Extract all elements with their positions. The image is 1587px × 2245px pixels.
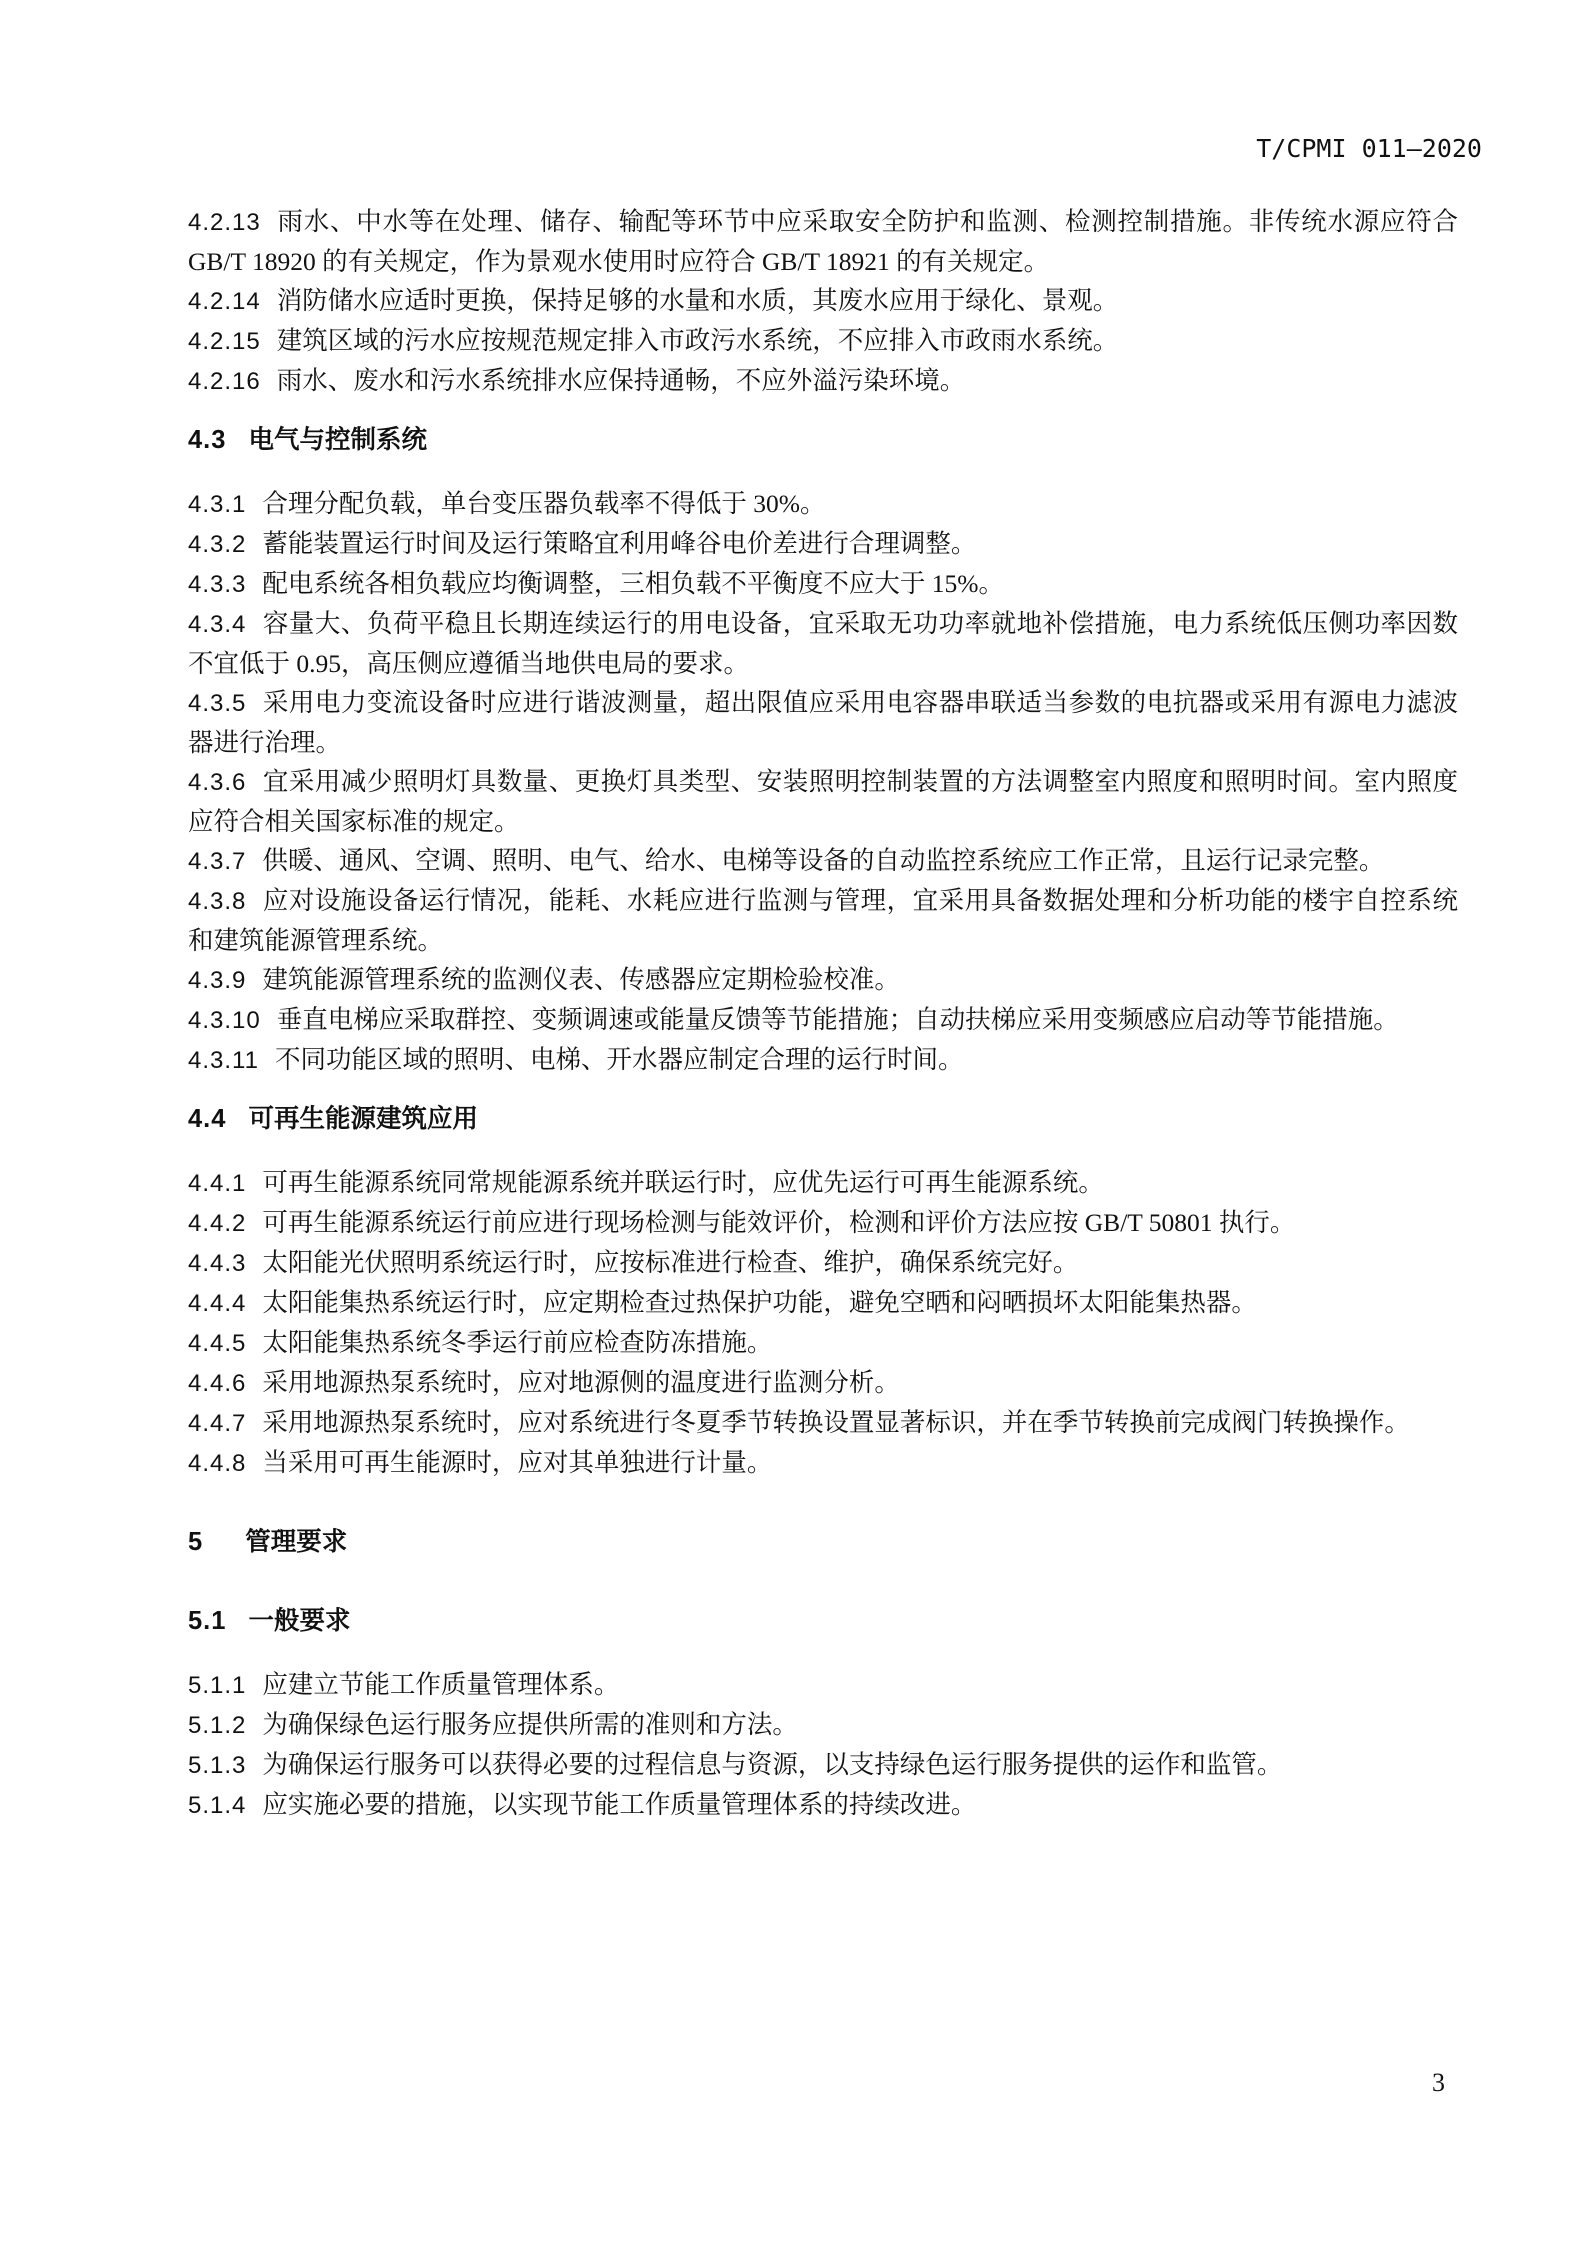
- clause-number: 4.4.8: [188, 1450, 246, 1477]
- clause-text: 建筑区域的污水应按规范规定排入市政污水系统，不应排入市政雨水系统。: [277, 326, 1119, 355]
- section-heading-4-4: 4.4可再生能源建筑应用: [188, 1100, 1458, 1139]
- clause-4-4-8: 4.4.8当采用可再生能源时，应对其单独进行计量。: [188, 1443, 1458, 1483]
- clause-text: 应建立节能工作质量管理体系。: [262, 1670, 619, 1699]
- clause-4-4-6: 4.4.6采用地源热泵系统时，应对地源侧的温度进行监测分析。: [188, 1363, 1458, 1403]
- clause-text: 容量大、负荷平稳且长期连续运行的用电设备，宜采取无功功率就地补偿措施，电力系统低…: [188, 609, 1458, 678]
- clause-number: 4.3.3: [188, 571, 246, 598]
- chapter-heading-5: 5管理要求: [188, 1523, 1458, 1562]
- document-code-header: T/CPMI 011—2020: [1256, 134, 1482, 163]
- clause-number: 4.4.3: [188, 1250, 246, 1277]
- clause-number: 4.3.7: [188, 848, 246, 875]
- clause-4-2-14: 4.2.14消防储水应适时更换，保持足够的水量和水质，其废水应用于绿化、景观。: [188, 281, 1458, 321]
- clause-number: 4.3.9: [188, 967, 246, 994]
- clause-number: 4.4.2: [188, 1210, 246, 1237]
- clause-number: 4.3.4: [188, 611, 246, 638]
- clause-4-3-5: 4.3.5采用电力变流设备时应进行谐波测量，超出限值应采用电容器串联适当参数的电…: [188, 683, 1458, 762]
- section-heading-4-3: 4.3电气与控制系统: [188, 421, 1458, 460]
- clause-number: 5.1.4: [188, 1792, 246, 1819]
- clause-text: 太阳能集热系统运行时，应定期检查过热保护功能，避免空晒和闷晒损坏太阳能集热器。: [262, 1288, 1257, 1317]
- document-page: T/CPMI 011—2020 4.2.13雨水、中水等在处理、储存、输配等环节…: [0, 0, 1587, 2245]
- clause-4-3-4: 4.3.4容量大、负荷平稳且长期连续运行的用电设备，宜采取无功功率就地补偿措施，…: [188, 604, 1458, 683]
- page-number: 3: [1432, 2068, 1445, 2098]
- clause-text: 可再生能源系统同常规能源系统并联运行时，应优先运行可再生能源系统。: [262, 1168, 1104, 1197]
- clause-number: 4.3.2: [188, 531, 246, 558]
- clause-text: 建筑能源管理系统的监测仪表、传感器应定期检验校准。: [262, 965, 900, 994]
- clause-4-4-3: 4.4.3太阳能光伏照明系统运行时，应按标准进行检查、维护，确保系统完好。: [188, 1243, 1458, 1283]
- clause-number: 4.4.1: [188, 1170, 246, 1197]
- clause-text: 采用地源热泵系统时，应对地源侧的温度进行监测分析。: [262, 1368, 900, 1397]
- clause-4-4-4: 4.4.4太阳能集热系统运行时，应定期检查过热保护功能，避免空晒和闷晒损坏太阳能…: [188, 1283, 1458, 1323]
- clause-text: 采用电力变流设备时应进行谐波测量，超出限值应采用电容器串联适当参数的电抗器或采用…: [188, 688, 1458, 757]
- clause-number: 5.1.2: [188, 1712, 246, 1739]
- clause-text: 配电系统各相负载应均衡调整，三相负载不平衡度不应大于 15%。: [262, 569, 1004, 598]
- clause-number: 4.3.1: [188, 491, 246, 518]
- document-body: 4.2.13雨水、中水等在处理、储存、输配等环节中应采取安全防护和监测、检测控制…: [188, 202, 1458, 1825]
- clause-text: 为确保运行服务可以获得必要的过程信息与资源，以支持绿色运行服务提供的运作和监管。: [262, 1750, 1282, 1779]
- clause-4-3-8: 4.3.8应对设施设备运行情况，能耗、水耗应进行监测与管理，宜采用具备数据处理和…: [188, 881, 1458, 960]
- clause-text: 为确保绿色运行服务应提供所需的准则和方法。: [262, 1710, 798, 1739]
- clause-text: 合理分配负载，单台变压器负载率不得低于 30%。: [262, 489, 825, 518]
- clause-4-4-2: 4.4.2可再生能源系统运行前应进行现场检测与能效评价，检测和评价方法应按 GB…: [188, 1203, 1458, 1243]
- clause-4-3-9: 4.3.9建筑能源管理系统的监测仪表、传感器应定期检验校准。: [188, 960, 1458, 1000]
- clause-number: 4.2.16: [188, 368, 261, 395]
- clause-4-2-15: 4.2.15建筑区域的污水应按规范规定排入市政污水系统，不应排入市政雨水系统。: [188, 321, 1458, 361]
- heading-number: 4.3: [188, 426, 226, 454]
- clause-text: 雨水、废水和污水系统排水应保持通畅，不应外溢污染环境。: [277, 366, 966, 395]
- heading-number: 5: [188, 1528, 203, 1556]
- clause-number: 4.4.5: [188, 1330, 246, 1357]
- clause-text: 应对设施设备运行情况，能耗、水耗应进行监测与管理，宜采用具备数据处理和分析功能的…: [188, 886, 1458, 955]
- clause-4-4-1: 4.4.1可再生能源系统同常规能源系统并联运行时，应优先运行可再生能源系统。: [188, 1163, 1458, 1203]
- clause-4-3-3: 4.3.3配电系统各相负载应均衡调整，三相负载不平衡度不应大于 15%。: [188, 564, 1458, 604]
- clause-5-1-3: 5.1.3为确保运行服务可以获得必要的过程信息与资源，以支持绿色运行服务提供的运…: [188, 1745, 1458, 1785]
- clause-text: 消防储水应适时更换，保持足够的水量和水质，其废水应用于绿化、景观。: [277, 286, 1119, 315]
- section-heading-5-1: 5.1一般要求: [188, 1602, 1458, 1641]
- clause-text: 太阳能集热系统冬季运行前应检查防冻措施。: [262, 1328, 772, 1357]
- clause-text: 垂直电梯应采取群控、变频调速或能量反馈等节能措施；自动扶梯应采用变频感应启动等节…: [277, 1005, 1399, 1034]
- clause-5-1-2: 5.1.2为确保绿色运行服务应提供所需的准则和方法。: [188, 1705, 1458, 1745]
- clause-text: 雨水、中水等在处理、储存、输配等环节中应采取安全防护和监测、检测控制措施。非传统…: [188, 207, 1458, 276]
- clause-text: 应实施必要的措施，以实现节能工作质量管理体系的持续改进。: [262, 1790, 976, 1819]
- clause-4-2-13: 4.2.13雨水、中水等在处理、储存、输配等环节中应采取安全防护和监测、检测控制…: [188, 202, 1458, 281]
- clause-text: 不同功能区域的照明、电梯、开水器应制定合理的运行时间。: [275, 1045, 964, 1074]
- clause-4-4-5: 4.4.5太阳能集热系统冬季运行前应检查防冻措施。: [188, 1323, 1458, 1363]
- clause-text: 采用地源热泵系统时，应对系统进行冬夏季节转换设置显著标识，并在季节转换前完成阀门…: [262, 1408, 1410, 1437]
- clause-4-4-7: 4.4.7采用地源热泵系统时，应对系统进行冬夏季节转换设置显著标识，并在季节转换…: [188, 1403, 1458, 1443]
- clause-text: 当采用可再生能源时，应对其单独进行计量。: [262, 1448, 772, 1477]
- heading-text: 可再生能源建筑应用: [248, 1105, 478, 1133]
- heading-text: 一般要求: [248, 1607, 350, 1635]
- clause-number: 4.3.11: [188, 1047, 259, 1074]
- clause-4-2-16: 4.2.16雨水、废水和污水系统排水应保持通畅，不应外溢污染环境。: [188, 361, 1458, 401]
- clause-5-1-4: 5.1.4应实施必要的措施，以实现节能工作质量管理体系的持续改进。: [188, 1785, 1458, 1825]
- clause-4-3-1: 4.3.1合理分配负载，单台变压器负载率不得低于 30%。: [188, 484, 1458, 524]
- clause-4-3-7: 4.3.7供暖、通风、空调、照明、电气、给水、电梯等设备的自动监控系统应工作正常…: [188, 841, 1458, 881]
- clause-text: 可再生能源系统运行前应进行现场检测与能效评价，检测和评价方法应按 GB/T 50…: [262, 1208, 1295, 1237]
- heading-number: 5.1: [188, 1607, 226, 1635]
- clause-text: 供暖、通风、空调、照明、电气、给水、电梯等设备的自动监控系统应工作正常，且运行记…: [262, 846, 1384, 875]
- clause-number: 5.1.1: [188, 1672, 246, 1699]
- clause-number: 4.2.13: [188, 209, 261, 236]
- heading-text: 管理要求: [245, 1528, 347, 1556]
- clause-number: 4.3.5: [188, 690, 246, 717]
- clause-number: 4.4.4: [188, 1290, 246, 1317]
- clause-text: 太阳能光伏照明系统运行时，应按标准进行检查、维护，确保系统完好。: [262, 1248, 1078, 1277]
- clause-number: 4.2.15: [188, 328, 261, 355]
- clause-5-1-1: 5.1.1应建立节能工作质量管理体系。: [188, 1665, 1458, 1705]
- clause-4-3-2: 4.3.2蓄能装置运行时间及运行策略宜利用峰谷电价差进行合理调整。: [188, 524, 1458, 564]
- clause-4-3-6: 4.3.6宜采用减少照明灯具数量、更换灯具类型、安装照明控制装置的方法调整室内照…: [188, 762, 1458, 841]
- clause-number: 4.2.14: [188, 288, 261, 315]
- clause-number: 4.4.7: [188, 1410, 246, 1437]
- clause-text: 蓄能装置运行时间及运行策略宜利用峰谷电价差进行合理调整。: [262, 529, 976, 558]
- clause-number: 4.4.6: [188, 1370, 246, 1397]
- heading-number: 4.4: [188, 1105, 226, 1133]
- clause-number: 5.1.3: [188, 1752, 246, 1779]
- clause-4-3-10: 4.3.10垂直电梯应采取群控、变频调速或能量反馈等节能措施；自动扶梯应采用变频…: [188, 1000, 1458, 1040]
- heading-text: 电气与控制系统: [248, 426, 427, 454]
- clause-number: 4.3.8: [188, 888, 246, 915]
- clause-number: 4.3.6: [188, 769, 246, 796]
- clause-number: 4.3.10: [188, 1007, 261, 1034]
- clause-text: 宜采用减少照明灯具数量、更换灯具类型、安装照明控制装置的方法调整室内照度和照明时…: [188, 767, 1458, 836]
- clause-4-3-11: 4.3.11不同功能区域的照明、电梯、开水器应制定合理的运行时间。: [188, 1040, 1458, 1080]
